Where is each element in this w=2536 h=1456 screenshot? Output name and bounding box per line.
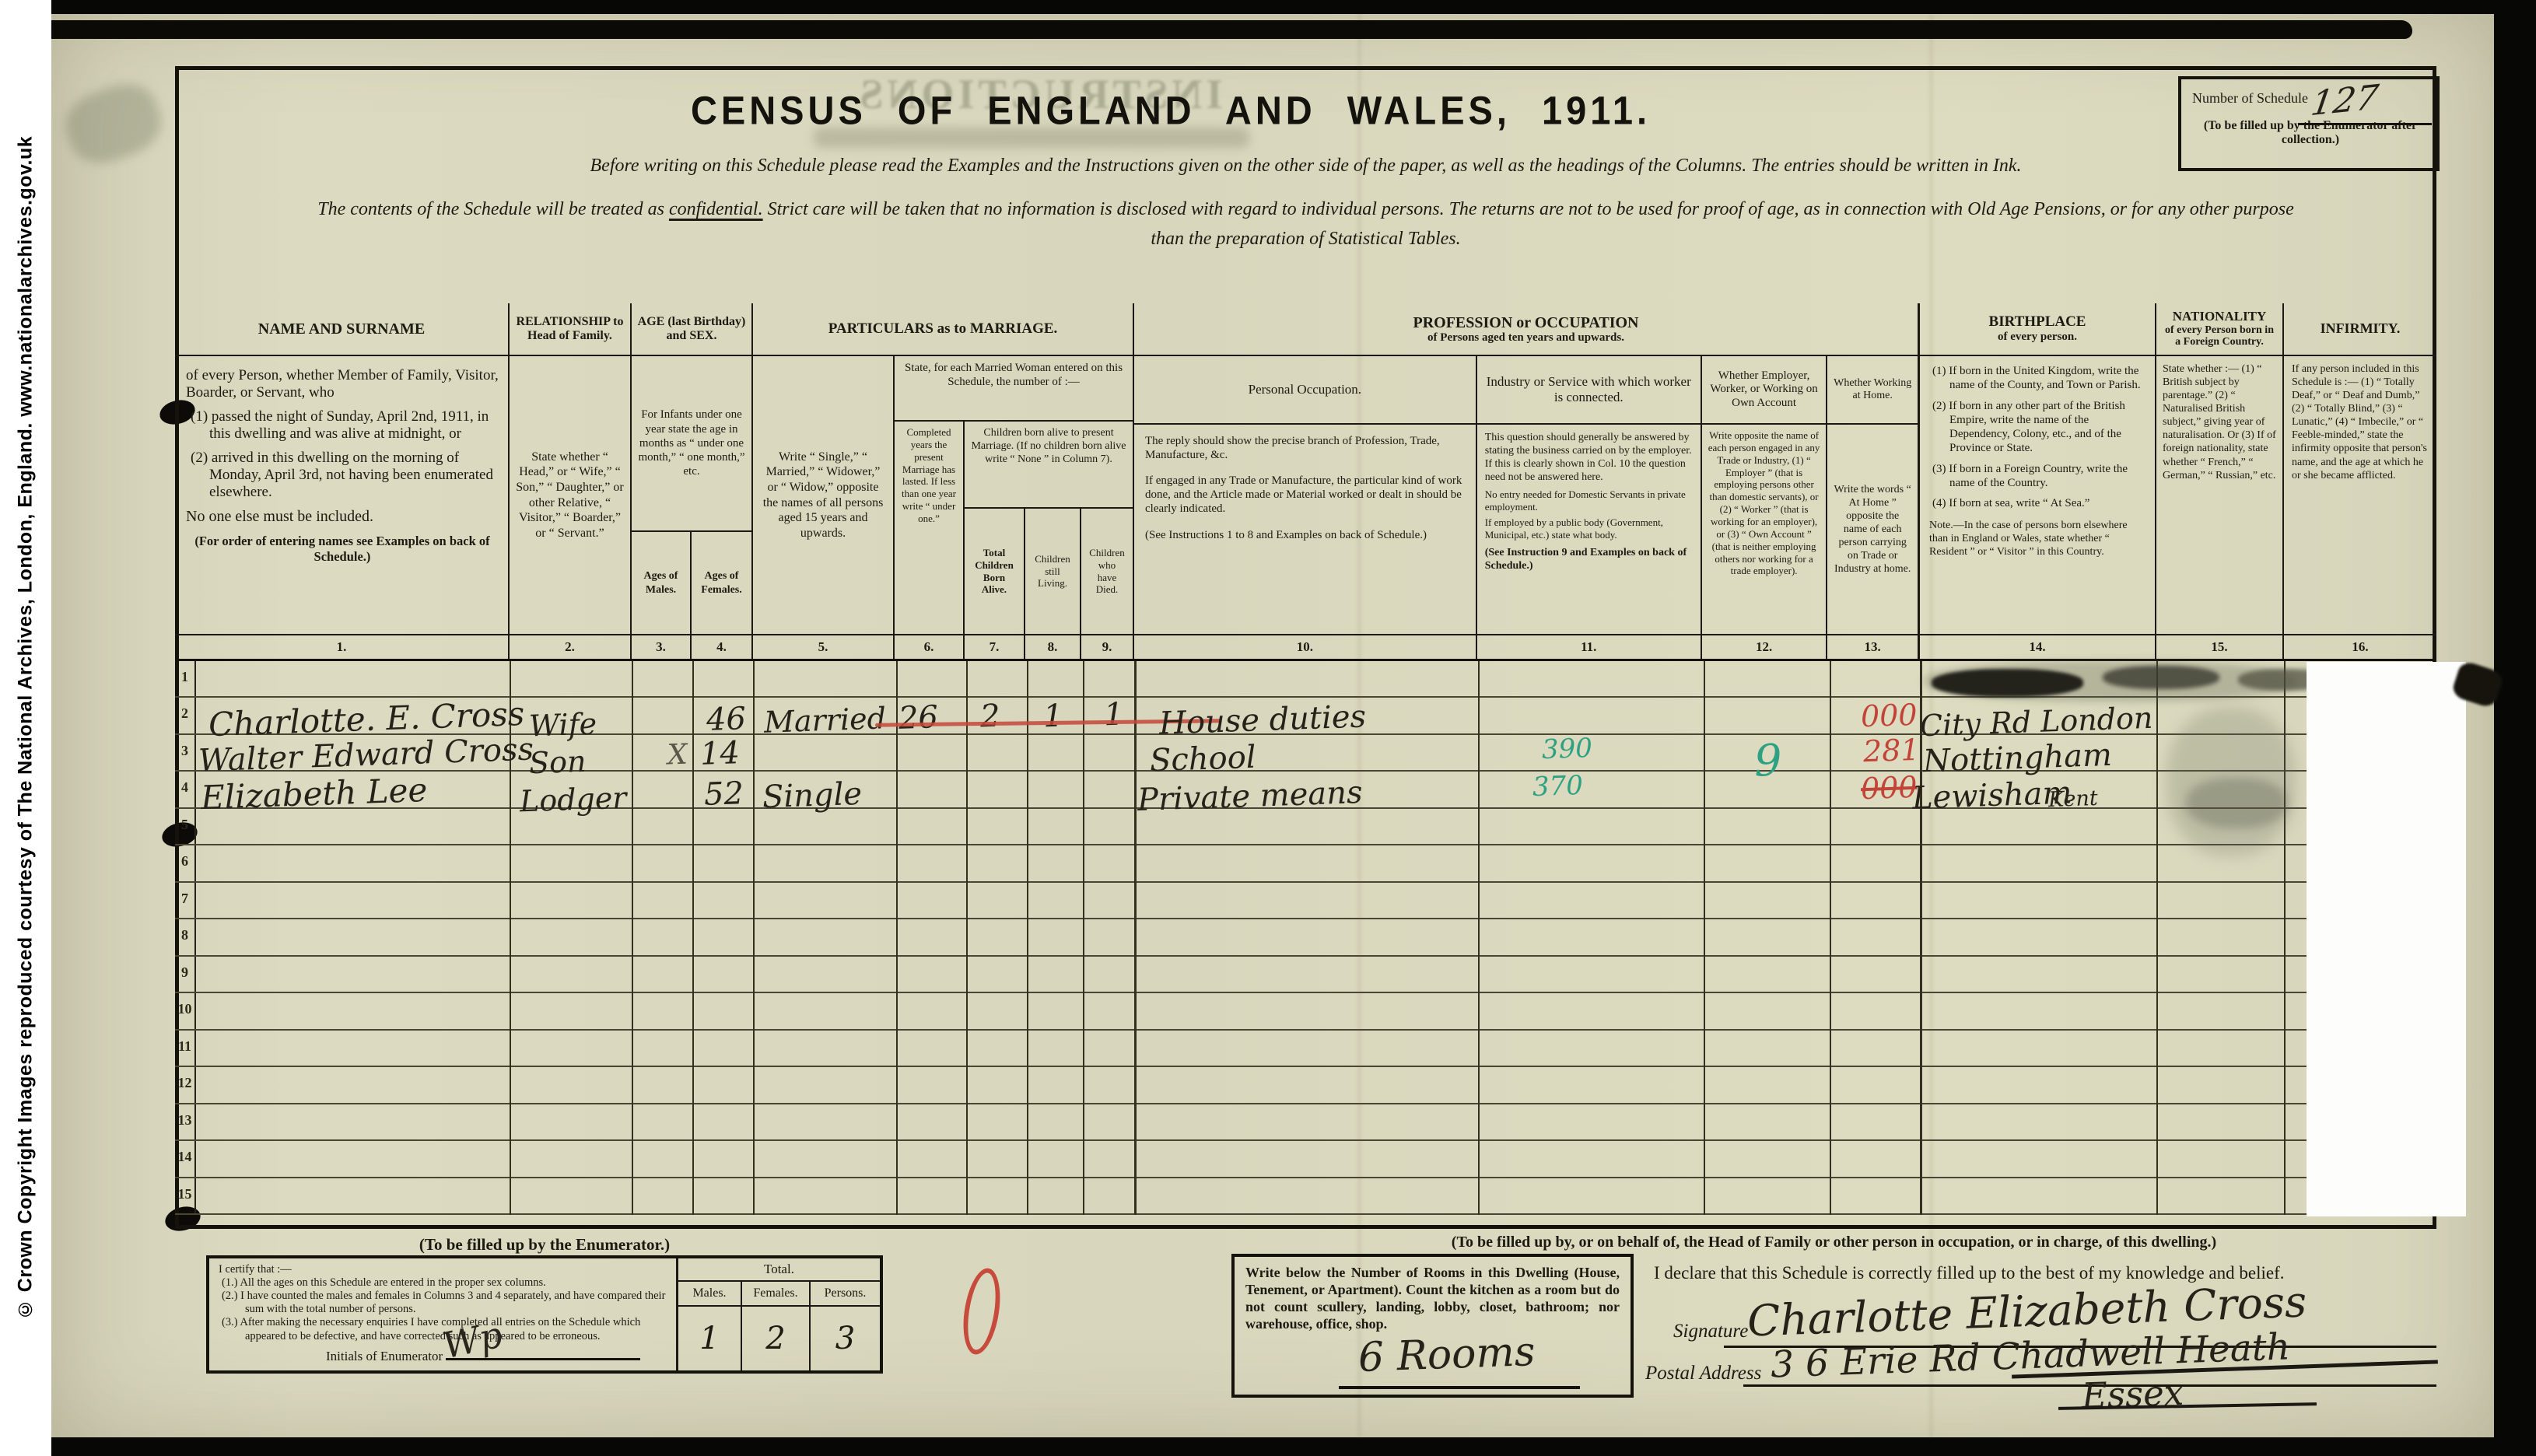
column-number: 4.	[692, 634, 751, 659]
column-divider-line	[2156, 661, 2158, 1215]
column-divider-line	[1478, 661, 1480, 1215]
column-desc-birthplace: (1) If born in the United Kingdom, write…	[1920, 356, 2155, 634]
table-row: 6	[175, 845, 2436, 882]
column-desc-infirmity: If any person included in this Schedule …	[2284, 356, 2436, 634]
totals-persons-value: 3	[811, 1307, 880, 1370]
column-divider-line	[1083, 661, 1084, 1215]
children-group: Children born alive to present Marriage.…	[965, 422, 1133, 659]
subcolumn-age-males: Ages of Males. 3.	[632, 532, 692, 659]
children-born-note: Children born alive to present Marriage.…	[965, 422, 1133, 509]
instruction-line-3: than the preparation of Statistical Tabl…	[175, 229, 2436, 250]
row-number: 1	[175, 661, 196, 696]
column-divider-line	[692, 661, 694, 1215]
table-row: 5	[175, 809, 2436, 845]
rooms-value-handwriting: 6 Rooms	[1357, 1328, 1536, 1381]
row-number: 2	[175, 698, 196, 733]
column-number: 12.	[1702, 634, 1827, 659]
column-number: 3.	[632, 634, 690, 659]
postal-county-handwriting: Essex	[2081, 1372, 2184, 1417]
column-number: 9.	[1081, 634, 1133, 659]
column-number: 15.	[2156, 634, 2282, 659]
table-row: 7	[175, 883, 2436, 919]
schedule-number-label: Number of Schedule	[2192, 90, 2308, 107]
marriage-right: State, for each Married Woman entered on…	[895, 356, 1133, 659]
column-divider-line	[896, 661, 898, 1215]
schedule-number-value: 127	[2308, 78, 2380, 124]
instruction-line-2: The contents of the Schedule will be tre…	[175, 199, 2436, 220]
table-row: 14	[175, 1141, 2436, 1178]
copyright-sidebar: © Crown Copyright Images reproduced cour…	[0, 0, 51, 1456]
column-header-nationality: NATIONALITY of every Person born in a Fo…	[2156, 303, 2282, 356]
table-row: 9	[175, 957, 2436, 993]
column-divider-line	[1027, 661, 1028, 1215]
column-divider-line	[1134, 661, 1137, 1215]
column-desc-name: of every Person, whether Member of Famil…	[175, 356, 508, 634]
table-row: 8	[175, 919, 2436, 956]
column-divider-line	[510, 661, 511, 1215]
column-nationality: NATIONALITY of every Person born in a Fo…	[2156, 303, 2284, 659]
column-number: 6.	[895, 634, 963, 659]
column-divider-line	[1830, 661, 1831, 1215]
rooms-instruction: Write below the Number of Rooms in this …	[1245, 1265, 1620, 1333]
totals-table: Total. Males. 1 Females. 2 Persons. 3	[676, 1258, 880, 1370]
enumerator-certification: I certify that :— (1.) All the ages on t…	[209, 1258, 676, 1370]
row-number: 6	[175, 845, 196, 880]
column-group-marriage: PARTICULARS as to MARRIAGE. Write “ Sing…	[753, 303, 1134, 659]
subcolumn-children-living: Children still Living. 8.	[1025, 509, 1081, 659]
red-zero-mark	[958, 1265, 1006, 1357]
schedule-number-line	[2298, 123, 2432, 125]
subcolumn-marital-status: Write “ Single,” “ Married,” “ Widower,”…	[753, 356, 895, 659]
table-row: 12	[175, 1067, 2436, 1104]
table-row: 13	[175, 1104, 2436, 1141]
subcolumn-children-born: Total Children Born Alive. 7.	[965, 509, 1025, 659]
column-birthplace: BIRTHPLACE of every person. (1) If born …	[1920, 303, 2156, 659]
age-subcolumns: Ages of Males. 3. Ages of Females. 4.	[632, 532, 751, 659]
subcolumn-years-married: Completed years the present Marriage has…	[895, 422, 965, 659]
row-number: 10	[175, 993, 196, 1028]
column-divider-line	[1920, 661, 1922, 1215]
row-number: 14	[175, 1141, 196, 1176]
column-desc-nationality: State whether :— (1) “ British subject b…	[2156, 356, 2282, 634]
married-woman-note: State, for each Married Woman entered on…	[895, 356, 1133, 422]
copyright-text: © Crown Copyright Images reproduced cour…	[15, 136, 37, 1320]
row-number: 8	[175, 919, 196, 954]
column-number: 16.	[2284, 634, 2436, 659]
column-header-infirmity: INFIRMITY.	[2284, 303, 2436, 356]
column-number: 11.	[1477, 634, 1701, 659]
row-number: 15	[175, 1178, 196, 1213]
column-name: NAME AND SURNAME of every Person, whethe…	[175, 303, 510, 659]
totals-males-value: 1	[678, 1307, 741, 1370]
column-divider-line	[966, 661, 968, 1215]
subcolumn-working-at-home: Whether Working at Home. Write the words…	[1827, 356, 1918, 659]
table-row: 15	[175, 1178, 2436, 1215]
column-divider-line	[1704, 661, 1705, 1215]
rooms-underline	[1339, 1386, 1580, 1389]
column-number: 8.	[1025, 634, 1080, 659]
industry-desc: This question should generally be answer…	[1477, 425, 1701, 634]
table-row: 11	[175, 1031, 2436, 1067]
column-relationship: RELATIONSHIP to Head of Family. State wh…	[510, 303, 632, 659]
column-header-age: AGE (last Birthday) and SEX.	[632, 303, 751, 356]
row-number: 3	[175, 735, 196, 770]
row-number: 7	[175, 883, 196, 918]
table-body: 123456789101112131415	[175, 661, 2436, 1215]
confidential-underlined: confidential.	[669, 199, 763, 219]
row-number: 11	[175, 1031, 196, 1066]
redaction-white-box	[2307, 662, 2466, 1216]
column-number: 7.	[965, 634, 1024, 659]
column-divider-line	[2284, 661, 2286, 1215]
subcolumn-age-females: Ages of Females. 4.	[692, 532, 751, 659]
column-desc-age: For Infants under one year state the age…	[632, 356, 751, 532]
faint-stamp-smudge	[58, 75, 170, 173]
census-table: NAME AND SURNAME of every Person, whethe…	[175, 303, 2436, 1229]
table-row: 1	[175, 661, 2436, 698]
instruction-line-1: Before writing on this Schedule please r…	[175, 156, 2436, 177]
scan-top-edge	[51, 20, 2412, 39]
column-group-profession: PROFESSION or OCCUPATION of Persons aged…	[1134, 303, 1920, 659]
table-row: 10	[175, 993, 2436, 1030]
column-number: 10.	[1134, 634, 1476, 659]
column-number: 14.	[1920, 634, 2155, 659]
subcolumn-industry: Industry or Service with which worker is…	[1477, 356, 1702, 659]
totals-females: Females. 2	[742, 1282, 811, 1370]
column-infirmity: INFIRMITY. If any person included in thi…	[2284, 303, 2436, 659]
declaration-text: I declare that this Schedule is correctl…	[1654, 1263, 2440, 1283]
column-header-profession: PROFESSION or OCCUPATION of Persons aged…	[1134, 303, 1918, 356]
page-title: CENSUS OF ENGLAND AND WALES, 1911.	[175, 87, 2166, 133]
totals-females-value: 2	[742, 1307, 809, 1370]
row-number: 12	[175, 1067, 196, 1102]
totals-persons: Persons. 3	[811, 1282, 880, 1370]
totals-title: Total.	[678, 1258, 880, 1282]
column-number: 2.	[510, 634, 630, 659]
table-row: 3	[175, 735, 2436, 772]
signature-label: Signature	[1673, 1321, 1748, 1342]
census-paper: INSTRUCTIONS CENSUS OF ENGLAND AND WALES…	[51, 14, 2494, 1437]
column-number: 1.	[175, 634, 508, 659]
profession-body: Personal Occupation. The reply should sh…	[1134, 356, 1918, 659]
personal-occupation-desc: The reply should show the precise branch…	[1134, 425, 1476, 634]
column-number: 5.	[753, 634, 893, 659]
table-row: 2	[175, 698, 2436, 734]
column-divider-line	[753, 661, 755, 1215]
subcolumn-employer-worker: Whether Employer, Worker, or Working on …	[1702, 356, 1828, 659]
row-number: 5	[175, 809, 196, 844]
postal-address-label: Postal Address	[1645, 1363, 1761, 1384]
table-row: 4	[175, 772, 2436, 808]
census-scan-page: { "sidebar": { "copyright": "© Crown Cop…	[0, 0, 2536, 1456]
column-number: 13.	[1827, 634, 1918, 659]
row-number: 13	[175, 1104, 196, 1139]
totals-males: Males. 1	[678, 1282, 742, 1370]
column-header-relationship: RELATIONSHIP to Head of Family.	[510, 303, 630, 356]
subcolumn-children-died: Children who have Died. 9.	[1081, 509, 1133, 659]
column-header-name: NAME AND SURNAME	[175, 303, 508, 356]
head-family-section-title: (To be filled up by, or on behalf of, th…	[1231, 1234, 2436, 1251]
enumerator-section-title: (To be filled up by the Enumerator.)	[206, 1235, 883, 1255]
subcolumn-personal-occupation: Personal Occupation. The reply should sh…	[1134, 356, 1477, 659]
column-group-age: AGE (last Birthday) and SEX. For Infants…	[632, 303, 753, 659]
column-divider-line	[632, 661, 633, 1215]
column-header-marriage: PARTICULARS as to MARRIAGE.	[753, 303, 1133, 356]
marriage-body: Write “ Single,” “ Married,” “ Widower,”…	[753, 356, 1133, 659]
column-header-birthplace: BIRTHPLACE of every person.	[1920, 303, 2155, 356]
row-number: 9	[175, 957, 196, 992]
enumerator-box: I certify that :— (1.) All the ages on t…	[206, 1255, 883, 1374]
row-number: 4	[175, 772, 196, 807]
table-header: NAME AND SURNAME of every Person, whethe…	[175, 303, 2436, 661]
column-desc-relationship: State whether “ Head,” or “ Wife,” “ Son…	[510, 356, 630, 634]
